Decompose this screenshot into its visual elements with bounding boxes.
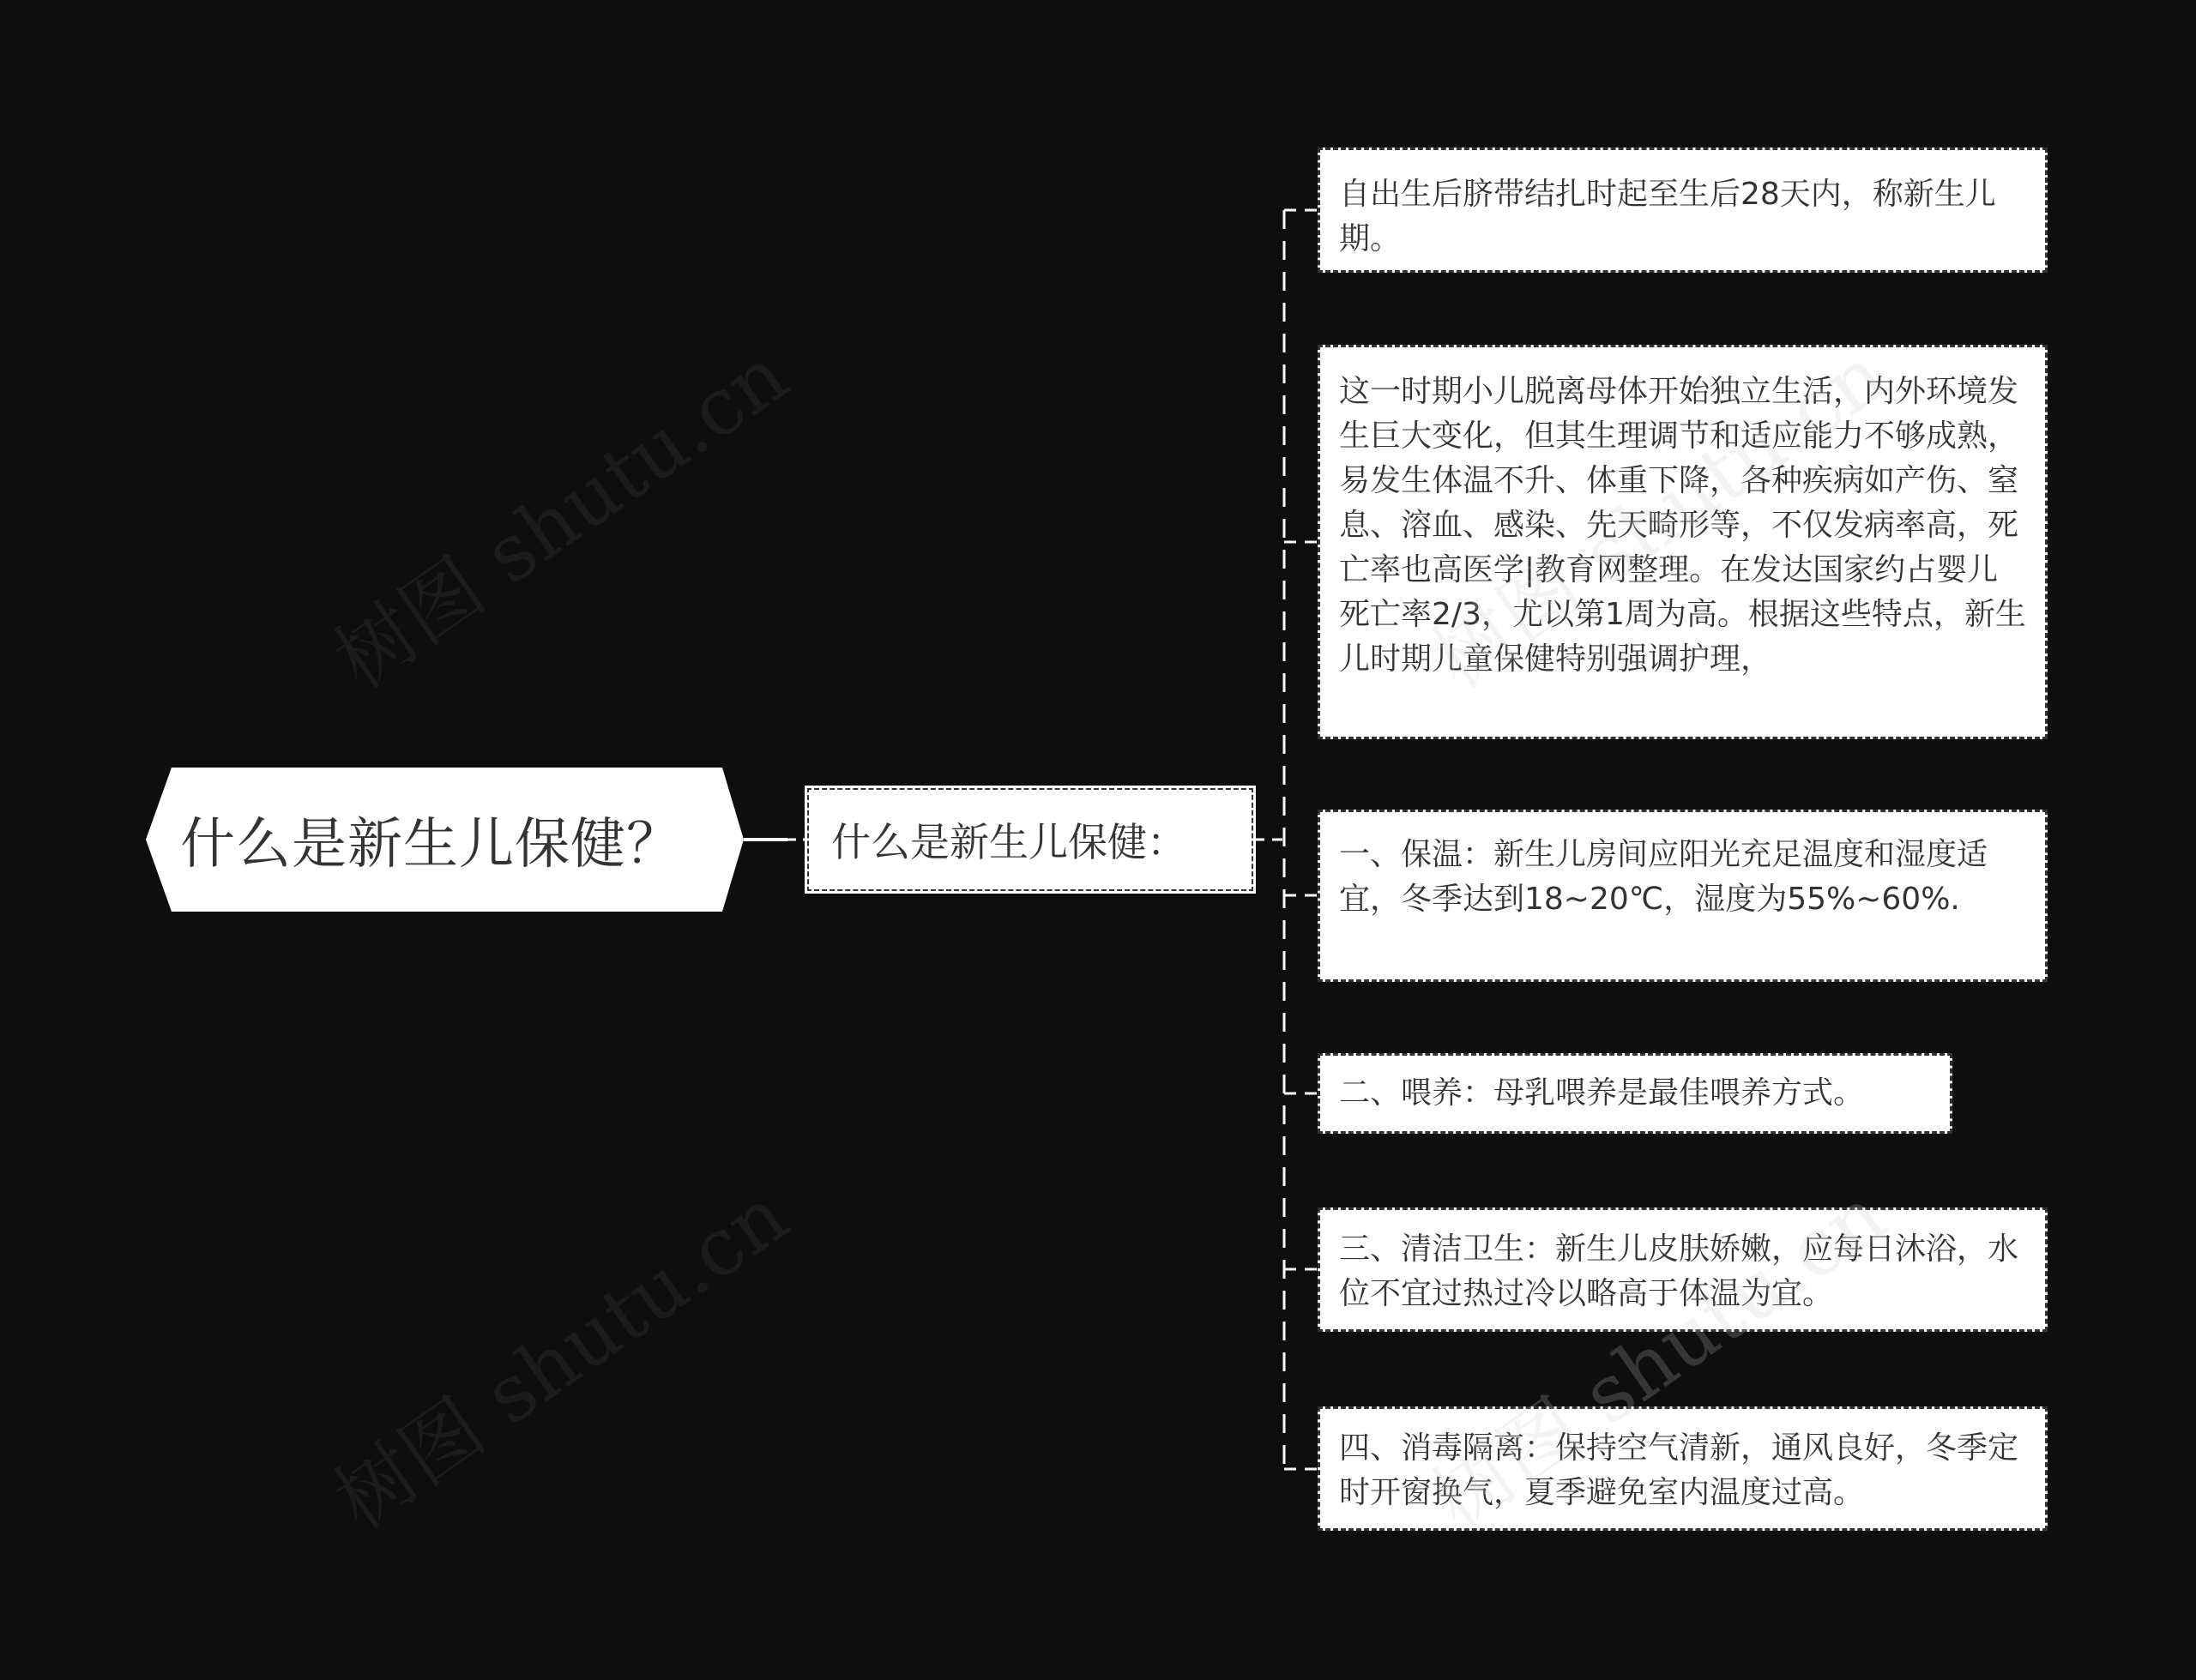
branch-label: 什么是新生儿保健：	[831, 811, 1186, 868]
root-label: 什么是新生儿保健？	[146, 768, 744, 912]
leaf-node-5[interactable]: 三、清洁卫生：新生儿皮肤娇嫩，应每日沐浴，水位不宜过热过冷以略高于体温为宜。	[1318, 1207, 2048, 1332]
leaf-text: 二、喂养：母乳喂养是最佳喂养方式。	[1339, 1071, 1931, 1116]
branch-node[interactable]: 什么是新生儿保健：	[806, 787, 1254, 892]
leaf-node-3[interactable]: 一、保温：新生儿房间应阳光充足温度和湿度适宜，冬季达到18~20℃，湿度为55%…	[1318, 810, 2048, 982]
leaf-text: 四、消毒隔离：保持空气清新，通风良好，冬季定时开窗换气，夏季避免室内温度过高。	[1339, 1426, 2026, 1515]
mindmap-canvas: 树图 shutu.cn 树图 shutu.cn 树图 shutu.cn 树图 s…	[0, 0, 2196, 1680]
leaf-node-1[interactable]: 自出生后脐带结扎时起至生后28天内，称新生儿期。	[1318, 148, 2048, 273]
root-node[interactable]: 什么是新生儿保健？	[146, 768, 744, 912]
leaf-node-2[interactable]: 这一时期小儿脱离母体开始独立生活，内外环境发生巨大变化，但其生理调节和适应能力不…	[1318, 345, 2048, 739]
leaf-text: 一、保温：新生儿房间应阳光充足温度和湿度适宜，冬季达到18~20℃，湿度为55%…	[1339, 833, 2026, 922]
leaf-node-4[interactable]: 二、喂养：母乳喂养是最佳喂养方式。	[1318, 1053, 1952, 1134]
leaf-text: 自出生后脐带结扎时起至生后28天内，称新生儿期。	[1339, 172, 2026, 262]
leaf-text: 这一时期小儿脱离母体开始独立生活，内外环境发生巨大变化，但其生理调节和适应能力不…	[1339, 370, 2026, 682]
leaf-text: 三、清洁卫生：新生儿皮肤娇嫩，应每日沐浴，水位不宜过热过冷以略高于体温为宜。	[1339, 1227, 2026, 1316]
leaf-node-6[interactable]: 四、消毒隔离：保持空气清新，通风良好，冬季定时开窗换气，夏季避免室内温度过高。	[1318, 1406, 2048, 1531]
